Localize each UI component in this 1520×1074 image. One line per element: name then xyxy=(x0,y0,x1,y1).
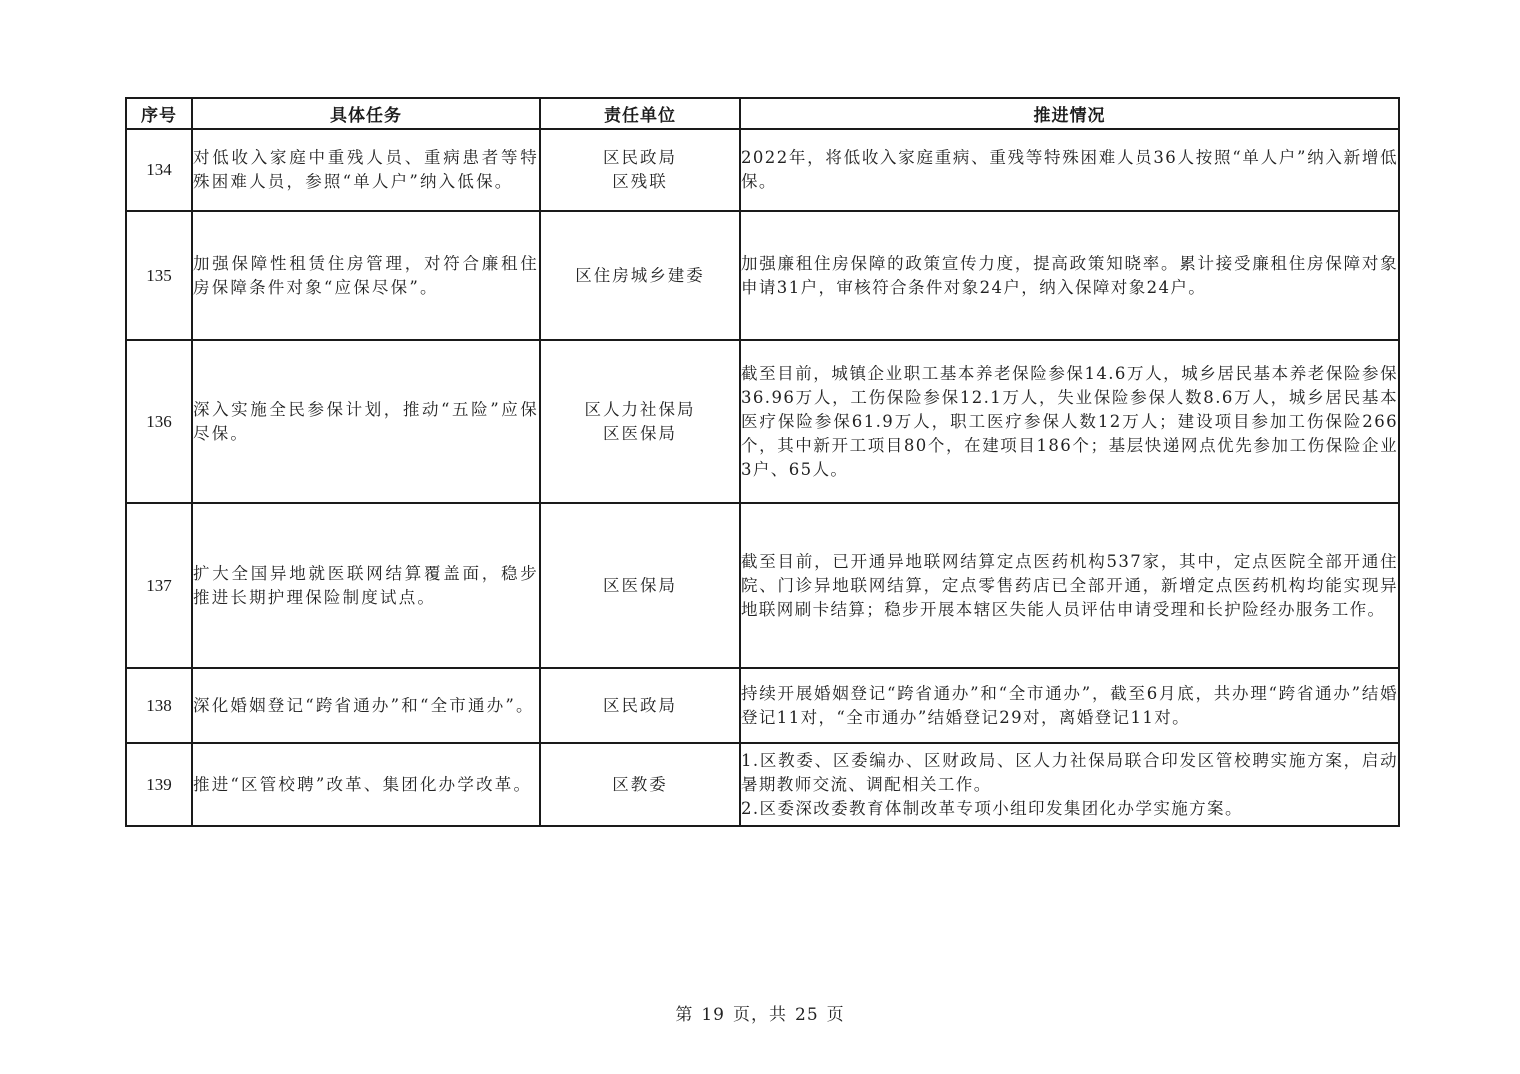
row-progress: 截至目前，已开通异地联网结算定点医药机构537家，其中，定点医院全部开通住院、门… xyxy=(740,503,1399,668)
task-progress-table: 序号 具体任务 责任单位 推进情况 134 对低收入家庭中重残人员、重病患者等特… xyxy=(125,97,1400,827)
row-progress: 2022年，将低收入家庭重病、重残等特殊困难人员36人按照“单人户”纳入新增低保… xyxy=(740,129,1399,211)
row-task: 扩大全国异地就医联网结算覆盖面，稳步推进长期护理保险制度试点。 xyxy=(192,503,540,668)
header-unit: 责任单位 xyxy=(540,98,740,129)
row-task: 深化婚姻登记“跨省通办”和“全市通办”。 xyxy=(192,668,540,743)
unit-name: 区残联 xyxy=(541,170,739,194)
row-number: 136 xyxy=(126,340,192,503)
table-row: 134 对低收入家庭中重残人员、重病患者等特殊困难人员，参照“单人户”纳入低保。… xyxy=(126,129,1399,211)
table-row: 137 扩大全国异地就医联网结算覆盖面，稳步推进长期护理保险制度试点。 区医保局… xyxy=(126,503,1399,668)
progress-text: 1.区教委、区委编办、区财政局、区人力社保局联合印发区管校聘实施方案，启动暑期教… xyxy=(741,749,1398,797)
progress-text: 加强廉租住房保障的政策宣传力度，提高政策知晓率。累计接受廉租住房保障对象申请31… xyxy=(741,252,1398,300)
row-progress: 持续开展婚姻登记“跨省通办”和“全市通办”，截至6月底，共办理“跨省通办”结婚登… xyxy=(740,668,1399,743)
document-page: 序号 具体任务 责任单位 推进情况 134 对低收入家庭中重残人员、重病患者等特… xyxy=(0,0,1520,1074)
row-units: 区教委 xyxy=(540,743,740,826)
header-task: 具体任务 xyxy=(192,98,540,129)
unit-name: 区民政局 xyxy=(541,694,739,718)
row-units: 区民政局 xyxy=(540,668,740,743)
row-task: 推进“区管校聘”改革、集团化办学改革。 xyxy=(192,743,540,826)
row-number: 139 xyxy=(126,743,192,826)
row-number: 134 xyxy=(126,129,192,211)
row-progress: 1.区教委、区委编办、区财政局、区人力社保局联合印发区管校聘实施方案，启动暑期教… xyxy=(740,743,1399,826)
row-units: 区人力社保局 区医保局 xyxy=(540,340,740,503)
row-task: 深入实施全民参保计划，推动“五险”应保尽保。 xyxy=(192,340,540,503)
unit-name: 区住房城乡建委 xyxy=(541,264,739,288)
row-number: 137 xyxy=(126,503,192,668)
row-units: 区住房城乡建委 xyxy=(540,211,740,340)
current-page-number: 19 xyxy=(701,1005,725,1025)
unit-name: 区人力社保局 xyxy=(541,398,739,422)
progress-text: 2.区委深改委教育体制改革专项小组印发集团化办学实施方案。 xyxy=(741,797,1398,821)
header-progress: 推进情况 xyxy=(740,98,1399,129)
page-footer: 第19页，共25页 xyxy=(0,1000,1520,1025)
progress-text: 截至目前，城镇企业职工基本养老保险参保14.6万人，城乡居民基本养老保险参保36… xyxy=(741,362,1398,482)
row-progress: 截至目前，城镇企业职工基本养老保险参保14.6万人，城乡居民基本养老保险参保36… xyxy=(740,340,1399,503)
table-header-row: 序号 具体任务 责任单位 推进情况 xyxy=(126,98,1399,129)
row-number: 135 xyxy=(126,211,192,340)
progress-text: 2022年，将低收入家庭重病、重残等特殊困难人员36人按照“单人户”纳入新增低保… xyxy=(741,146,1398,194)
header-no: 序号 xyxy=(126,98,192,129)
page-prefix: 第 xyxy=(675,1005,693,1025)
unit-name: 区医保局 xyxy=(541,422,739,446)
unit-name: 区教委 xyxy=(541,773,739,797)
progress-text: 截至目前，已开通异地联网结算定点医药机构537家，其中，定点医院全部开通住院、门… xyxy=(741,550,1398,622)
unit-name: 区民政局 xyxy=(541,146,739,170)
row-task: 加强保障性租赁住房管理，对符合廉租住房保障条件对象“应保尽保”。 xyxy=(192,211,540,340)
table-row: 139 推进“区管校聘”改革、集团化办学改革。 区教委 1.区教委、区委编办、区… xyxy=(126,743,1399,826)
page-mid: 页，共 xyxy=(733,1005,787,1025)
row-units: 区医保局 xyxy=(540,503,740,668)
progress-text: 持续开展婚姻登记“跨省通办”和“全市通办”，截至6月底，共办理“跨省通办”结婚登… xyxy=(741,682,1398,730)
table-row: 135 加强保障性租赁住房管理，对符合廉租住房保障条件对象“应保尽保”。 区住房… xyxy=(126,211,1399,340)
table-row: 138 深化婚姻登记“跨省通办”和“全市通办”。 区民政局 持续开展婚姻登记“跨… xyxy=(126,668,1399,743)
unit-name: 区医保局 xyxy=(541,574,739,598)
row-task: 对低收入家庭中重残人员、重病患者等特殊困难人员，参照“单人户”纳入低保。 xyxy=(192,129,540,211)
page-suffix: 页 xyxy=(827,1005,845,1025)
row-progress: 加强廉租住房保障的政策宣传力度，提高政策知晓率。累计接受廉租住房保障对象申请31… xyxy=(740,211,1399,340)
table-row: 136 深入实施全民参保计划，推动“五险”应保尽保。 区人力社保局 区医保局 截… xyxy=(126,340,1399,503)
row-units: 区民政局 区残联 xyxy=(540,129,740,211)
total-pages-number: 25 xyxy=(795,1005,819,1025)
row-number: 138 xyxy=(126,668,192,743)
